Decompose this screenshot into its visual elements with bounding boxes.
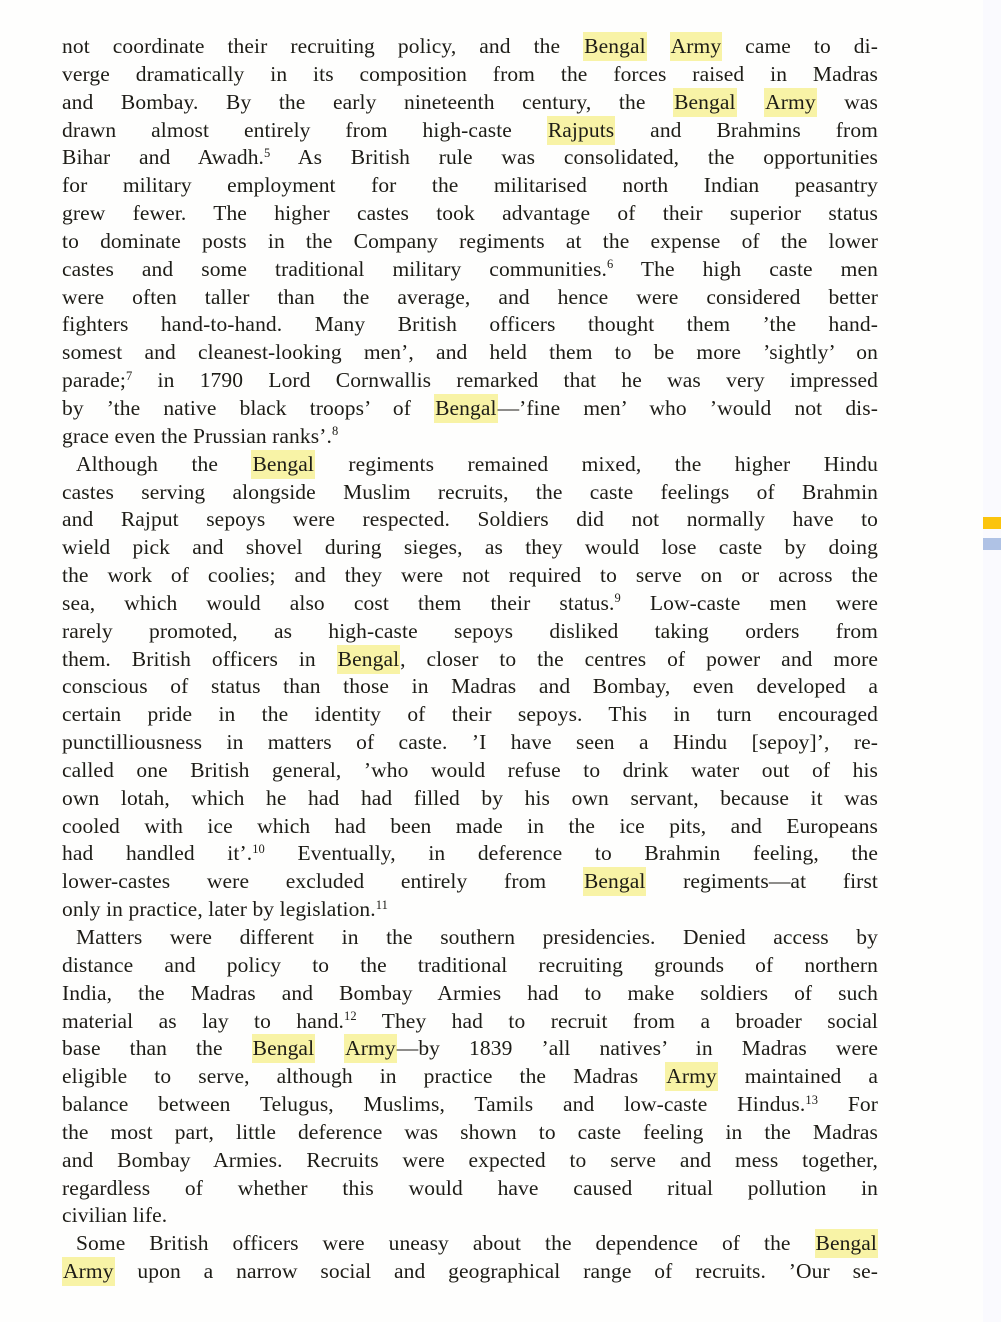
text-segment: —’fine men’ who ’would not dis- xyxy=(498,396,878,420)
text-segment: castes serving alongside Muslim recruits… xyxy=(62,480,878,504)
text-line: balance between Telugus, Muslims, Tamils… xyxy=(62,1091,878,1119)
text-segment: sea, which would also cost them their st… xyxy=(62,591,614,615)
footnote-ref: 8 xyxy=(332,424,338,438)
highlighted-text: Bengal xyxy=(337,645,401,674)
text-segment: regiments—at first xyxy=(646,869,878,893)
scrollbar-track[interactable] xyxy=(983,0,1001,1322)
text-line: verge dramatically in its composition fr… xyxy=(62,61,878,89)
text-line: grew fewer. The higher castes took advan… xyxy=(62,200,878,228)
text-line: for military employment for the militari… xyxy=(62,172,878,200)
yellow-highlight-marker[interactable] xyxy=(983,517,1001,529)
text-line: and Bombay Armies. Recruits were expecte… xyxy=(62,1147,878,1175)
text-segment: balance between Telugus, Muslims, Tamils… xyxy=(62,1092,805,1116)
highlighted-text: Bengal xyxy=(583,867,647,896)
text-segment: came to di- xyxy=(722,34,878,58)
text-segment: own lotah, which he had had filled by hi… xyxy=(62,786,878,810)
text-line: lower-castes were excluded entirely from… xyxy=(62,868,878,896)
text-segment: drawn almost entirely from high-caste xyxy=(62,118,547,142)
highlighted-text: Bengal xyxy=(673,88,737,117)
text-line: regardless of whether this would have ca… xyxy=(62,1175,878,1203)
text-segment: not coordinate their recruiting policy, … xyxy=(62,34,583,58)
footnote-ref: 7 xyxy=(126,369,132,383)
text-segment xyxy=(647,34,670,58)
text-line: India, the Madras and Bombay Armies had … xyxy=(62,980,878,1008)
text-segment: and Bombay Armies. Recruits were expecte… xyxy=(62,1148,878,1172)
text-segment: As British rule was consolidated, the op… xyxy=(270,145,878,169)
text-segment: rarely promoted, as high-caste sepoys di… xyxy=(62,619,878,643)
text-line: grace even the Prussian ranks’.8 xyxy=(62,423,878,451)
footnote-ref: 5 xyxy=(264,146,270,160)
footnote-ref: 9 xyxy=(614,591,620,605)
text-segment: regardless of whether this would have ca… xyxy=(62,1176,878,1200)
text-segment: somest and cleanest-looking men’, and he… xyxy=(62,340,878,364)
text-segment: base than the xyxy=(62,1036,252,1060)
text-segment: Eventually, in deference to Brahmin feel… xyxy=(265,841,878,865)
blue-annotation-marker[interactable] xyxy=(983,538,1001,550)
text-line: Army upon a narrow social and geographic… xyxy=(62,1258,878,1286)
text-segment: by ’the native black troops’ of xyxy=(62,396,434,420)
text-segment: India, the Madras and Bombay Armies had … xyxy=(62,981,878,1005)
highlighted-text: Bengal xyxy=(434,394,498,423)
text-segment: the work of coolies; and they were not r… xyxy=(62,563,878,587)
text-segment: distance and policy to the traditional r… xyxy=(62,953,878,977)
footnote-ref: 6 xyxy=(607,257,613,271)
text-segment: parade; xyxy=(62,368,126,392)
text-segment: maintained a xyxy=(718,1064,878,1088)
text-line: somest and cleanest-looking men’, and he… xyxy=(62,339,878,367)
highlighted-text: Bengal xyxy=(251,450,315,479)
highlighted-text: Army xyxy=(344,1034,397,1063)
text-line: punctilliousness in matters of caste. ’I… xyxy=(62,729,878,757)
text-line: base than the Bengal Army—by 1839 ’all n… xyxy=(62,1035,878,1063)
text-line: rarely promoted, as high-caste sepoys di… xyxy=(62,618,878,646)
text-line: the most part, little deference was show… xyxy=(62,1119,878,1147)
text-line: drawn almost entirely from high-caste Ra… xyxy=(62,117,878,145)
text-line: not coordinate their recruiting policy, … xyxy=(62,33,878,61)
text-segment: castes and some traditional military com… xyxy=(62,257,607,281)
text-segment: them. British officers in xyxy=(62,647,337,671)
text-line: certain pride in the identity of their s… xyxy=(62,701,878,729)
highlighted-text: Army xyxy=(665,1062,718,1091)
text-segment: Bihar and Awadh. xyxy=(62,145,264,169)
scanned-book-page: not coordinate their recruiting policy, … xyxy=(0,0,1001,1322)
text-segment: wield pick and shovel during sieges, as … xyxy=(62,535,878,559)
text-line: Some British officers were uneasy about … xyxy=(62,1230,878,1258)
text-line: Bihar and Awadh.5 As British rule was co… xyxy=(62,144,878,172)
text-segment: was xyxy=(817,90,878,114)
text-segment: upon a narrow social and geographical ra… xyxy=(115,1259,878,1283)
highlighted-text: Bengal xyxy=(815,1229,879,1258)
text-segment: lower-castes were excluded entirely from xyxy=(62,869,583,893)
text-segment: For xyxy=(818,1092,878,1116)
text-line: only in practice, later by legislation.1… xyxy=(62,896,878,924)
text-line: them. British officers in Bengal, closer… xyxy=(62,646,878,674)
text-segment: cooled with ice which had been made in t… xyxy=(62,814,878,838)
text-segment: Some British officers were uneasy about … xyxy=(76,1231,815,1255)
text-segment: the most part, little deference was show… xyxy=(62,1120,878,1144)
text-segment xyxy=(737,90,765,114)
text-segment: to dominate posts in the Company regimen… xyxy=(62,229,878,253)
text-segment: regiments remained mixed, the higher Hin… xyxy=(315,452,878,476)
text-segment: Matters were different in the southern p… xyxy=(76,925,878,949)
text-segment: The high caste men xyxy=(613,257,878,281)
text-segment: had handled it’. xyxy=(62,841,252,865)
text-segment: certain pride in the identity of their s… xyxy=(62,702,878,726)
text-segment: material as lay to hand. xyxy=(62,1009,344,1033)
text-segment: grace even the Prussian ranks’. xyxy=(62,424,332,448)
highlighted-text: Bengal xyxy=(583,32,647,61)
text-line: wield pick and shovel during sieges, as … xyxy=(62,534,878,562)
text-segment: and Rajput sepoys were respected. Soldie… xyxy=(62,507,878,531)
text-line: castes and some traditional military com… xyxy=(62,256,878,284)
highlighted-text: Bengal xyxy=(252,1034,316,1063)
text-line: to dominate posts in the Company regimen… xyxy=(62,228,878,256)
text-segment: They had to recruit from a broader socia… xyxy=(357,1009,878,1033)
text-segment: fighters hand-to-hand. Many British offi… xyxy=(62,312,878,336)
text-segment: in 1790 Lord Cornwallis remarked that he… xyxy=(132,368,878,392)
text-line: Matters were different in the southern p… xyxy=(62,924,878,952)
text-line: parade;7 in 1790 Lord Cornwallis remarke… xyxy=(62,367,878,395)
text-segment: conscious of status than those in Madras… xyxy=(62,674,878,698)
footnote-ref: 11 xyxy=(376,898,388,912)
text-segment: for military employment for the militari… xyxy=(62,173,878,197)
text-line: by ’the native black troops’ of Bengal—’… xyxy=(62,395,878,423)
text-segment: verge dramatically in its composition fr… xyxy=(62,62,878,86)
text-line: civilian life. xyxy=(62,1202,878,1230)
highlighted-text: Army xyxy=(764,88,817,117)
text-line: cooled with ice which had been made in t… xyxy=(62,813,878,841)
text-line: fighters hand-to-hand. Many British offi… xyxy=(62,311,878,339)
text-segment: were often taller than the average, and … xyxy=(62,285,878,309)
footnote-ref: 12 xyxy=(344,1009,357,1023)
footnote-ref: 10 xyxy=(252,842,265,856)
text-segment: , closer to the centres of power and mor… xyxy=(400,647,878,671)
text-segment: Low-caste men were xyxy=(621,591,878,615)
text-line: the work of coolies; and they were not r… xyxy=(62,562,878,590)
text-segment: eligible to serve, although in practice … xyxy=(62,1064,665,1088)
footnote-ref: 13 xyxy=(805,1093,818,1107)
text-line: and Bombay. By the early nineteenth cent… xyxy=(62,89,878,117)
page-text: not coordinate their recruiting policy, … xyxy=(62,33,878,1286)
text-segment: and Bombay. By the early nineteenth cent… xyxy=(62,90,673,114)
text-line: sea, which would also cost them their st… xyxy=(62,590,878,618)
text-line: were often taller than the average, and … xyxy=(62,284,878,312)
highlighted-text: Army xyxy=(62,1257,115,1286)
highlighted-text: Rajputs xyxy=(547,116,615,145)
text-segment: called one British general, ’who would r… xyxy=(62,758,878,782)
text-line: had handled it’.10 Eventually, in defere… xyxy=(62,840,878,868)
text-line: conscious of status than those in Madras… xyxy=(62,673,878,701)
text-segment xyxy=(315,1036,344,1060)
text-segment: only in practice, later by legislation. xyxy=(62,897,376,921)
text-line: own lotah, which he had had filled by hi… xyxy=(62,785,878,813)
text-line: distance and policy to the traditional r… xyxy=(62,952,878,980)
text-segment: grew fewer. The higher castes took advan… xyxy=(62,201,878,225)
text-line: and Rajput sepoys were respected. Soldie… xyxy=(62,506,878,534)
text-segment: —by 1839 ’all natives’ in Madras were xyxy=(397,1036,878,1060)
text-line: castes serving alongside Muslim recruits… xyxy=(62,479,878,507)
text-segment: civilian life. xyxy=(62,1203,167,1227)
text-line: eligible to serve, although in practice … xyxy=(62,1063,878,1091)
text-segment: and Brahmins from xyxy=(615,118,878,142)
text-segment: punctilliousness in matters of caste. ’I… xyxy=(62,730,878,754)
text-segment: Although the xyxy=(76,452,251,476)
text-line: called one British general, ’who would r… xyxy=(62,757,878,785)
text-line: Although the Bengal regiments remained m… xyxy=(62,451,878,479)
highlighted-text: Army xyxy=(670,32,723,61)
text-line: material as lay to hand.12 They had to r… xyxy=(62,1008,878,1036)
